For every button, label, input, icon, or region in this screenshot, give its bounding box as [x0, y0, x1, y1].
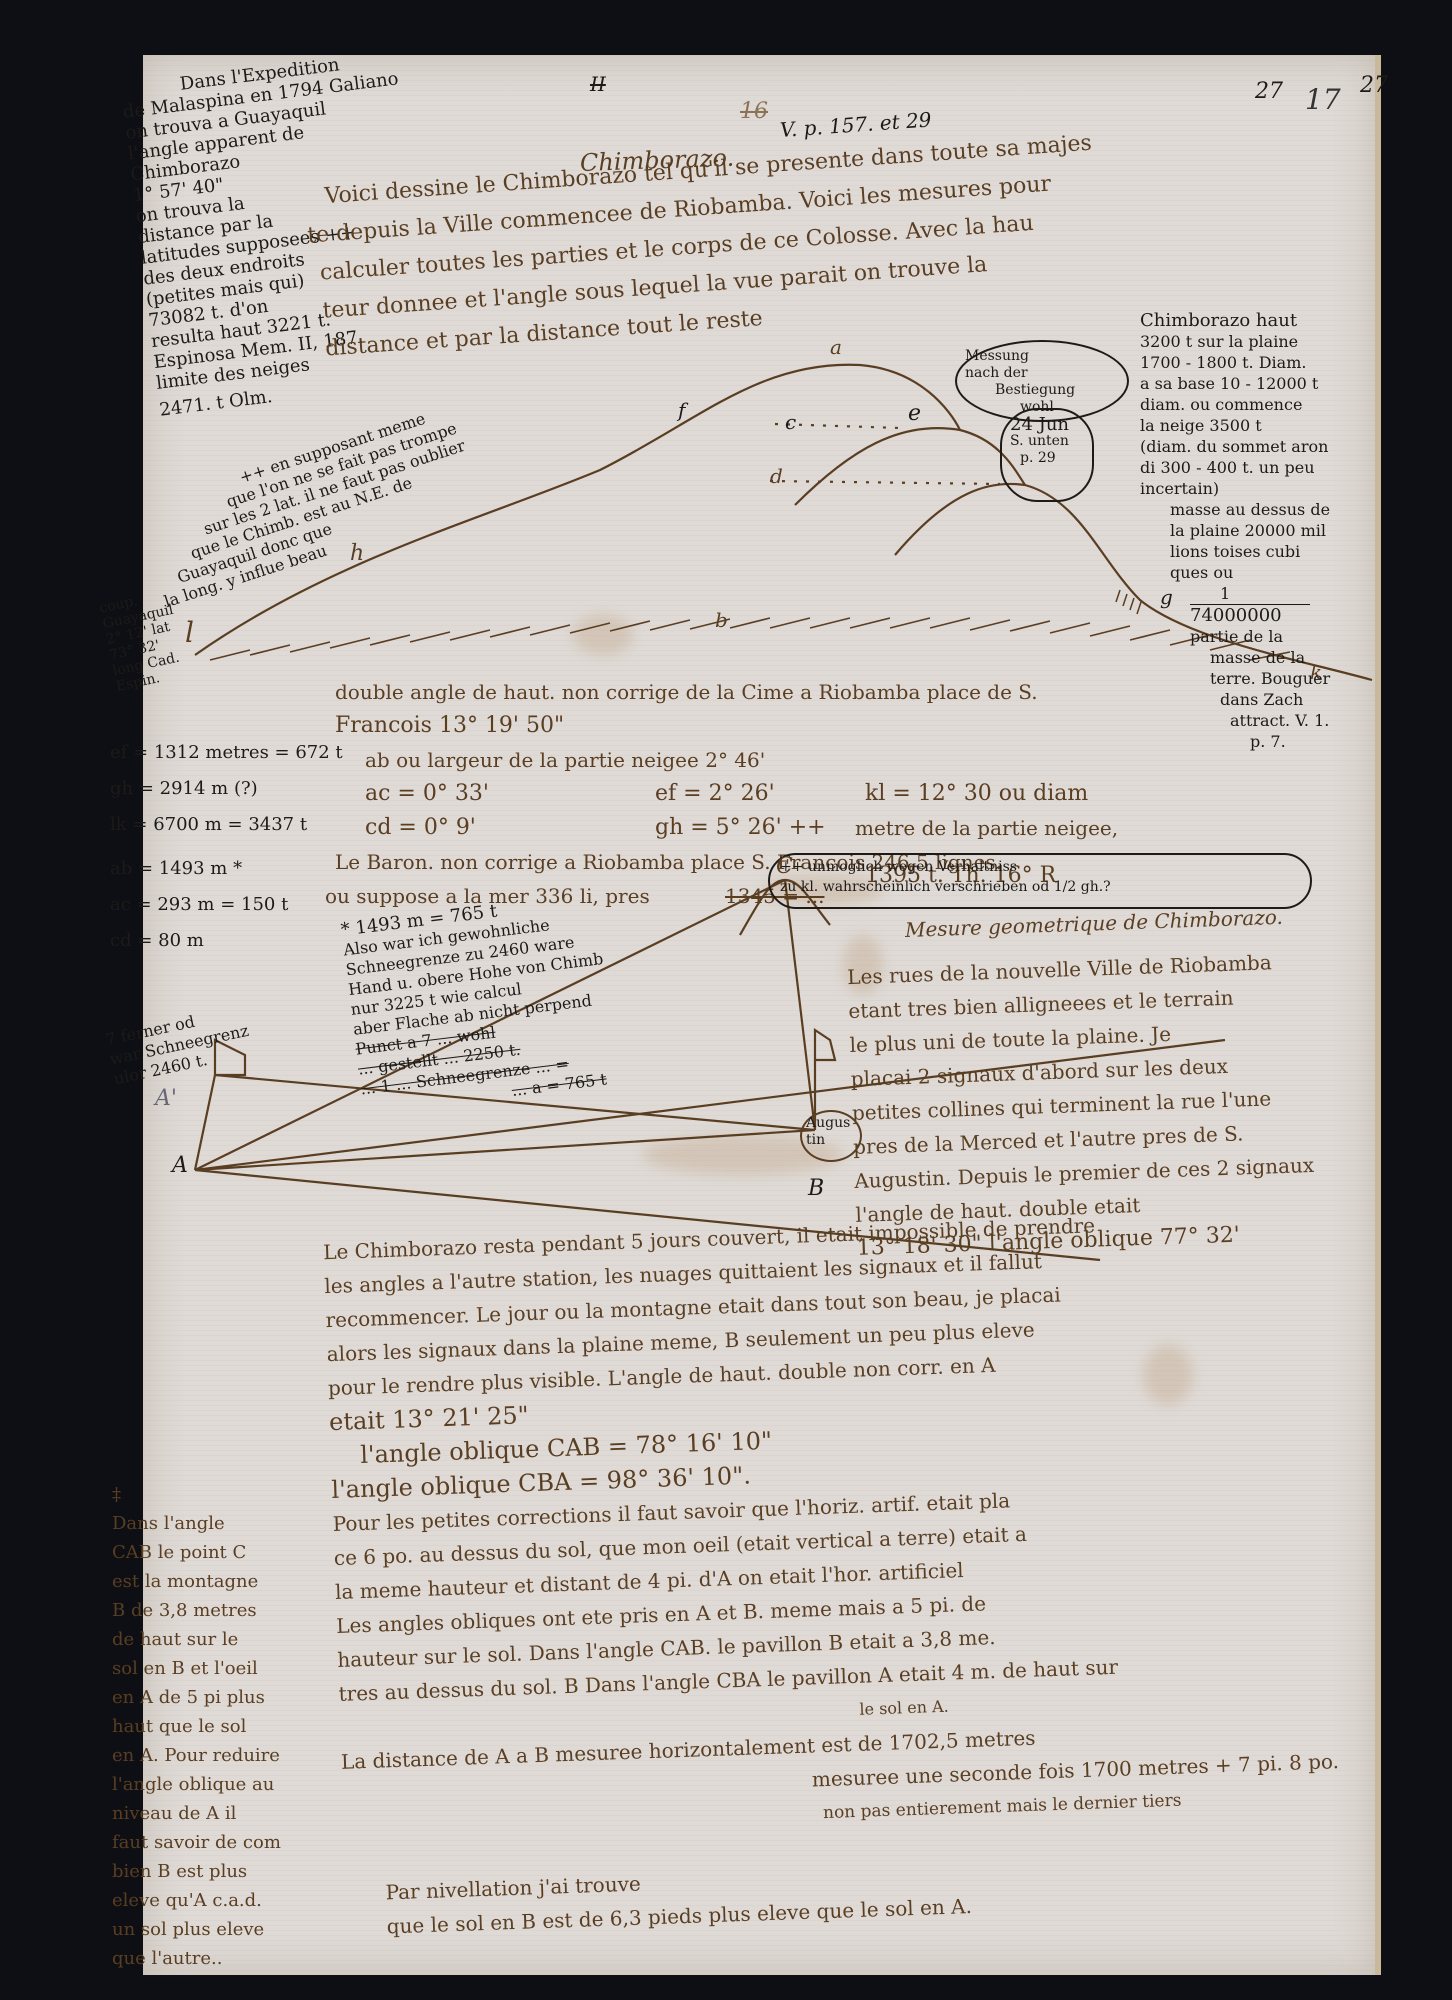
sketch-label-b: b — [715, 608, 728, 633]
bottom-left-note: ‡ Dans l'angle CAB le point C est la mon… — [112, 1480, 281, 1973]
sketch-label-d: d — [770, 464, 783, 489]
right-margin-dimensions-note: Chimborazo haut 3200 t sur la plaine 170… — [1140, 310, 1330, 752]
sketch-label-a: a — [830, 335, 842, 360]
struck-mark: II — [590, 72, 606, 97]
left-equations: ef = 1312 metres = 672 t gh = 2914 m (?)… — [110, 735, 343, 959]
sketch-label-e: e — [908, 400, 921, 428]
triangle-note: * 1493 m = 765 t Also war ich gewohnlich… — [340, 889, 619, 1119]
sketch-label-h: h — [350, 540, 364, 568]
sketch-label-c: c — [785, 410, 796, 435]
crossed-folio: 16 — [740, 98, 768, 126]
triangle-vertex-b: B — [808, 1175, 824, 1203]
triangle-vertex-a: A — [172, 1152, 188, 1180]
sketch-label-l: l — [185, 615, 194, 650]
augustin-label: Augus tin — [806, 1115, 850, 1149]
sketch-label-f: f — [678, 398, 685, 423]
folio-number-corner: 27 — [1360, 72, 1388, 100]
folio-number: 27 — [1255, 78, 1283, 106]
triangle-vertex-c: C — [776, 853, 793, 881]
folio-number-pencil: 17 — [1305, 82, 1341, 117]
measurement-note: Messung nach der Bestiegung wohl 24 Jun … — [965, 348, 1075, 467]
triangle-vertex-a-prime: A' — [155, 1085, 177, 1113]
german-note: ++ unmoglich wegen Verhaltniss zu kl. wa… — [780, 857, 1111, 897]
main-paragraph: Le Chimborazo resta pendant 5 jours couv… — [323, 1200, 1344, 1944]
